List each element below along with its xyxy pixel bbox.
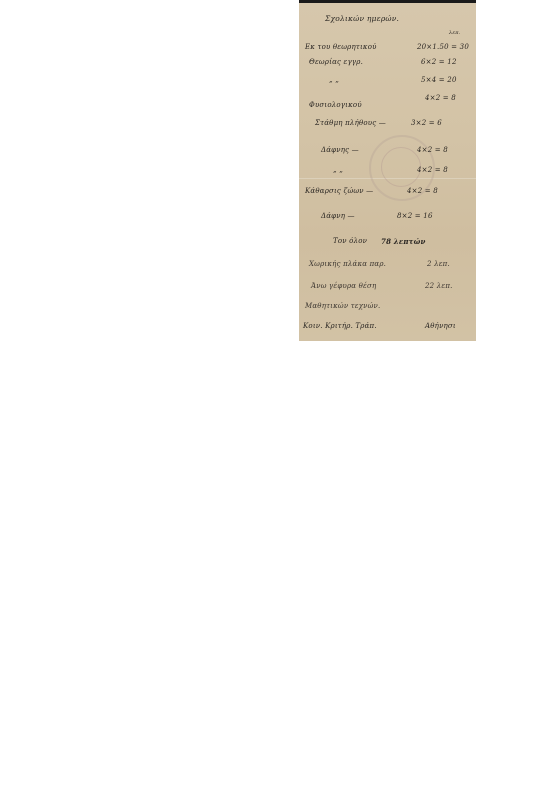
line-5-label: Φυσιολογικού (309, 101, 362, 109)
line-12-value: 2 λεπ. (427, 260, 450, 268)
page-canvas: Σχολικών ημερών. λεπ. Εκ του θεωρητικού … (0, 0, 549, 800)
scan-edge (299, 0, 476, 3)
line-8-value: 4×2 = 8 (417, 166, 448, 174)
line-1-value: 20×1.50 = 30 (417, 43, 469, 51)
line-8-label: „ „ (333, 166, 343, 174)
line-4-value: 4×2 = 8 (425, 94, 456, 102)
line-11-label: Τον όλον (333, 237, 367, 245)
line-13-value: 22 λεπ. (425, 282, 453, 290)
line-10-label: Δάφνη — (321, 212, 355, 220)
unit-note: λεπ. (449, 30, 461, 36)
line-3-label: „ „ (329, 76, 339, 84)
line-9-label: Κάθαρσις ζώων — (305, 187, 373, 195)
line-9-value: 4×2 = 8 (407, 187, 438, 195)
line-2-label: Θεωρίας εγγρ. (309, 58, 363, 66)
line-6-value: 3×2 = 6 (411, 119, 442, 127)
line-1-label: Εκ του θεωρητικού (305, 43, 377, 51)
line-2-value: 6×2 = 12 (421, 58, 457, 66)
line-14-label: Μαθητικών τεχνών. (305, 302, 380, 310)
line-13-label: Άνω γέφυρα θέση (311, 282, 376, 290)
line-11-value: 78 λεπτών (381, 237, 426, 246)
line-15-value: Αθήνησι (425, 322, 456, 330)
line-6-label: Στάθμη πλήθους — (315, 119, 386, 127)
line-10-value: 8×2 = 16 (397, 212, 433, 220)
doc-heading: Σχολικών ημερών. (325, 14, 399, 23)
handwritten-document: Σχολικών ημερών. λεπ. Εκ του θεωρητικού … (299, 0, 476, 341)
line-7-label: Δάφνης — (321, 146, 359, 154)
line-7-value: 4×2 = 8 (417, 146, 448, 154)
line-3-value: 5×4 = 20 (421, 76, 457, 84)
line-12-label: Χωρικής πλάκα παρ. (309, 260, 386, 268)
line-15-label: Κοιν. Κριτήρ. Τράπ. (303, 322, 377, 330)
